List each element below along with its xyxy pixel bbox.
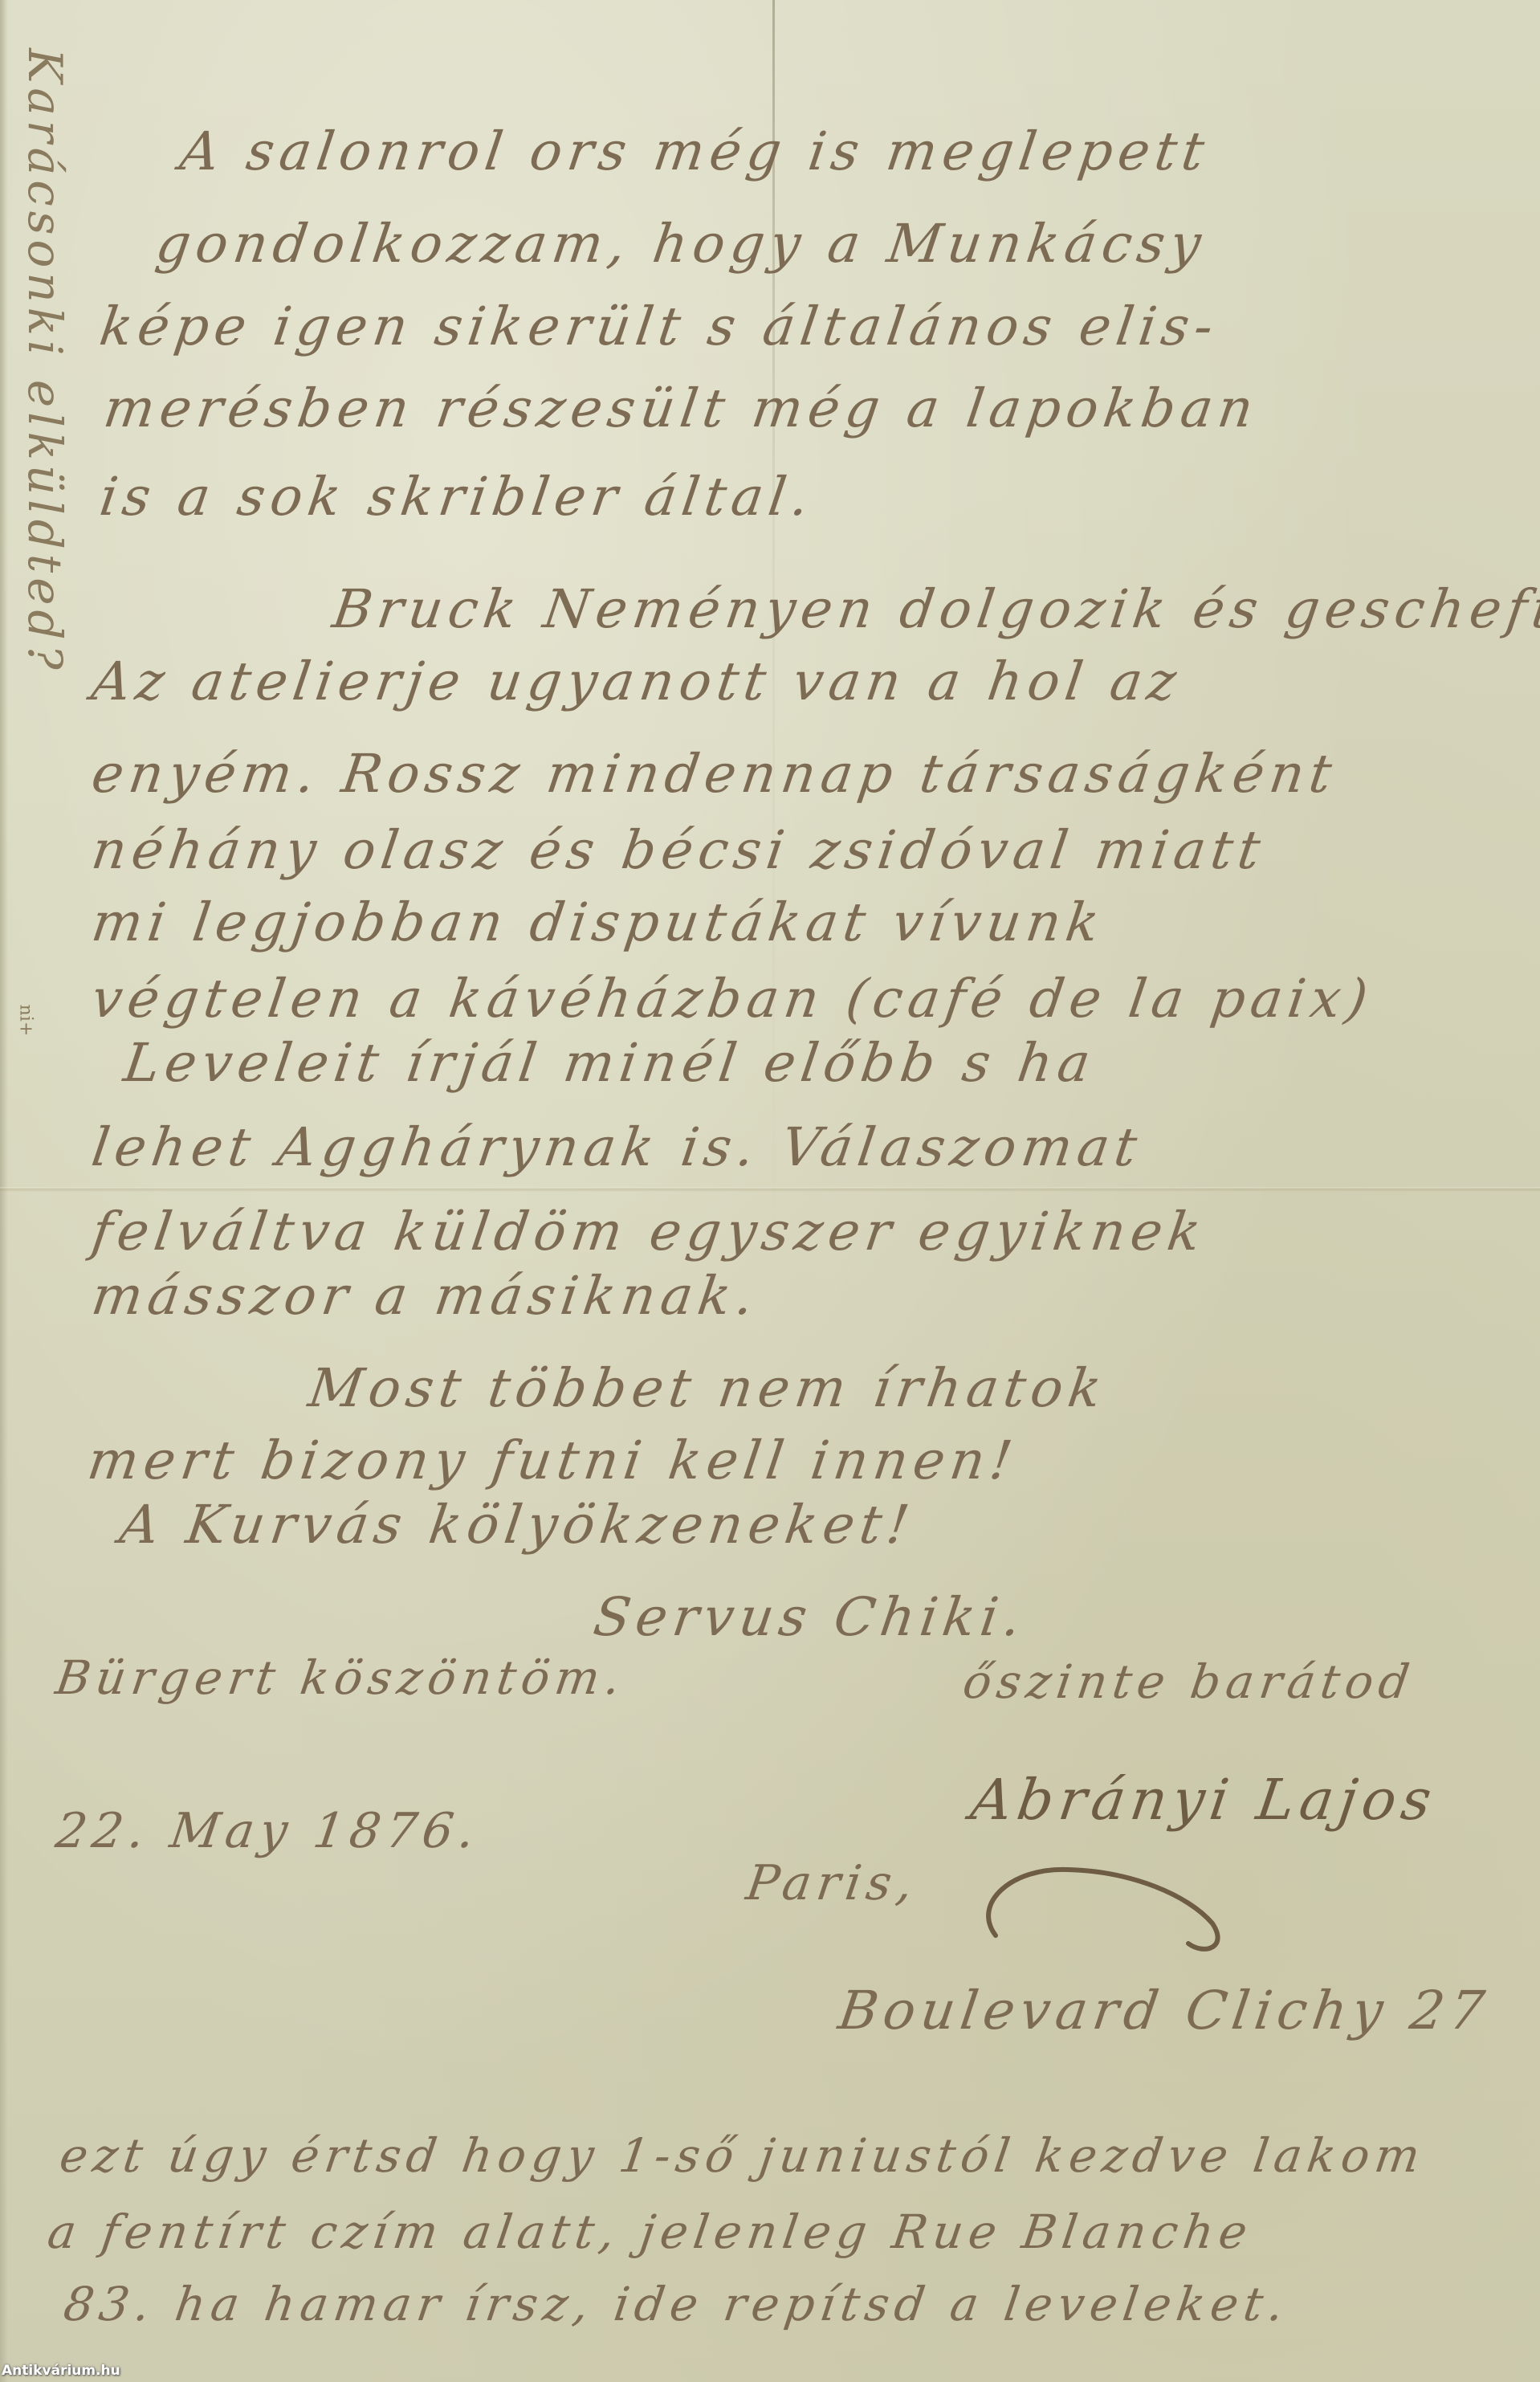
body-line: másszor a másiknak.: [88, 1265, 764, 1327]
body-line: Bruck Neményen dolgozik és gescheft.: [329, 578, 1540, 640]
body-line: A Kurvás kölyökzeneket!: [116, 1494, 919, 1556]
body-line: is a sok skribler által.: [96, 466, 819, 528]
body-line: Most többet nem írhatok: [305, 1357, 1111, 1419]
margin-note: Karácsonki elküldted?: [18, 48, 72, 675]
body-line: lehet Agghárynak is. Válaszomat: [88, 1116, 1147, 1178]
watermark: Antikvárium.hu: [2, 2363, 120, 2379]
body-line: A salonrol ors még is meglepett: [177, 120, 1214, 182]
body-line: gondolkozzam, hogy a Munkácsy: [153, 213, 1211, 275]
body-line: enyém. Rossz mindennap társaságként: [88, 743, 1341, 805]
body-line: néhány olasz és bécsi zsidóval miatt: [88, 819, 1270, 881]
letter-date: 22. May 1876.: [52, 1803, 483, 1859]
postscript-line: a fentírt czím alatt, jelenleg Rue Blanc…: [44, 2205, 1256, 2259]
letter-page: Karácsonki elküldted? ni+ A salonrol ors…: [0, 0, 1540, 2382]
postscript-line: 83. ha hamar írsz, ide repítsd a levelek…: [60, 2277, 1293, 2331]
signature: Abrányi Lajos: [967, 1767, 1440, 1833]
body-line: Az atelierje ugyanott van a hol az: [88, 651, 1186, 712]
body-line: Servus Chiki.: [590, 1586, 1030, 1648]
letter-place: Paris,: [743, 1855, 922, 1911]
greeting-left: Bürgert köszöntöm.: [52, 1650, 629, 1705]
body-line: mi legjobban disputákat vívunk: [88, 891, 1109, 953]
body-line: Leveleit írjál minél előbb s ha: [120, 1032, 1100, 1094]
letter-address: Boulevard Clichy 27: [835, 1980, 1494, 2041]
signature-flourish: [947, 1847, 1236, 1960]
greeting-right: őszinte barátod: [959, 1654, 1418, 1709]
body-line: felváltva küldöm egyszer egyiknek: [88, 1201, 1211, 1262]
postscript-line: ezt úgy értsd hogy 1-ső juniustól kezdve…: [56, 2128, 1428, 2183]
horizontal-fold-crease: [0, 1187, 1540, 1192]
body-line: képe igen sikerült s általános elis-: [96, 296, 1223, 357]
body-line: merésben részesült még a lapokban: [100, 377, 1263, 439]
body-line: mert bizony futni kell innen!: [84, 1430, 1022, 1491]
body-line: végtelen a kávéházban (café de la paix): [88, 968, 1377, 1030]
margin-mark: ni+: [15, 1005, 35, 1037]
